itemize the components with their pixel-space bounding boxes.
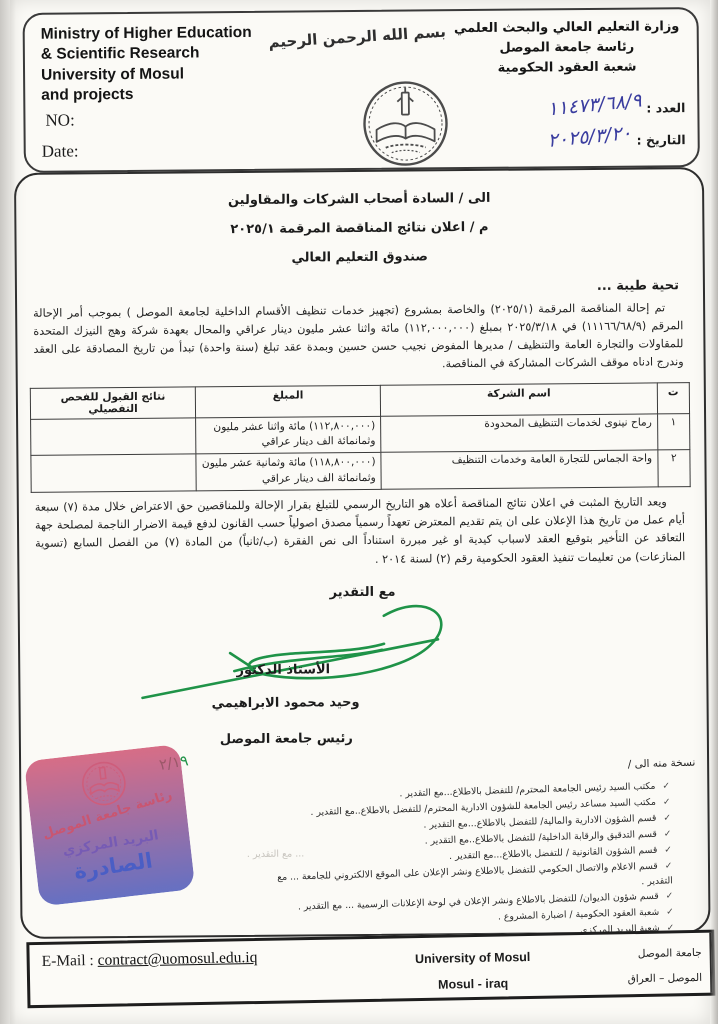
copy-item-text: شعبة العقود الحكومية / اضبارة المشروع .	[498, 907, 660, 923]
check-icon: ✓	[666, 906, 674, 920]
footer-email-block: E-Mail : contract@uomosul.edu.iq	[29, 940, 338, 1006]
outgoing-mail-stamp: رئاسة جامعة الموصل البريد المركزي الصادر…	[24, 744, 196, 907]
letter-content: Ministry of Higher Education & Scientifi…	[0, 0, 718, 1024]
number-label-ar: العدد :	[646, 100, 685, 115]
addressee-line: الى / السادة أصحاب الشركات والمقاولين	[16, 189, 702, 210]
row-result	[31, 454, 196, 492]
document-date-handwritten: ٢٠٢٥/٣/٢٠	[547, 122, 633, 152]
date-label-en: Date:	[42, 141, 79, 161]
row-result	[31, 417, 196, 455]
email-label: E-Mail :	[42, 952, 98, 970]
body-paragraph-2: ويعد التاريخ المثبت في اعلان نتائج المنا…	[35, 493, 686, 571]
footer-org-arabic: جامعة الموصل الموصل – العراق	[607, 933, 712, 995]
university-logo	[361, 79, 450, 172]
check-icon: ✓	[663, 796, 671, 810]
ministry-arabic-block: وزارة التعليم العالي والبحث العلمي رئاسة…	[447, 17, 688, 80]
ministry-line-en: Ministry of Higher Education	[41, 23, 252, 45]
ministry-line-ar: رئاسة جامعة الموصل	[447, 37, 687, 59]
document-number-handwritten: ١١٤٧٣/٦٨/٩	[546, 89, 642, 120]
signer-name: وحيد محمود الابراهيمي	[195, 695, 375, 712]
copies-list: ✓مكتب السيد رئيس الجامعة المحترم/ للتفضل…	[266, 779, 674, 948]
body-frame: الى / السادة أصحاب الشركات والمقاولين م …	[14, 167, 711, 939]
ministry-line-en: University of Mosul	[41, 64, 252, 86]
bismillah-calligraphy: بسم الله الرحمن الرحيم	[264, 22, 450, 51]
check-icon: ✓	[664, 844, 672, 858]
row-company: واحة الجماس للتجارة العامة وخدمات التنظي…	[381, 450, 658, 489]
col-header-company: اسم الشركة	[380, 382, 657, 415]
greeting-line: تحية طيبة ...	[17, 278, 679, 299]
check-icon: ✓	[665, 860, 673, 874]
ministry-line-en: and projects	[41, 84, 252, 106]
check-icon: ✓	[664, 828, 672, 842]
check-icon: ✓	[662, 780, 670, 794]
signer-role: رئيس جامعة الموصل	[209, 731, 364, 747]
signer-title: الأستاذ الدكتور	[208, 662, 358, 678]
footer-org-english: University of Mosul Mosul - iraq	[337, 935, 608, 1000]
document-date-row: التاريخ : ٢٠٢٥/٣/٢٠	[548, 127, 686, 150]
col-header-amount: المبلغ	[195, 385, 380, 418]
check-icon: ✓	[663, 812, 671, 826]
fund-line: صندوق التعليم العالي	[17, 247, 703, 268]
bidders-table: ت اسم الشركة المبلغ نتائج القبول للفحص ا…	[30, 382, 691, 493]
row-company: رماح نينوى لخدمات التنظيف المحدودة	[381, 413, 658, 452]
ministry-english-block: Ministry of Higher Education & Scientifi…	[41, 23, 253, 107]
header-frame: Ministry of Higher Education & Scientifi…	[23, 7, 700, 173]
date-label-ar: التاريخ :	[637, 132, 686, 147]
org-en-line2: Mosul - iraq	[338, 969, 608, 1000]
ministry-line-en: & Scientific Research	[41, 43, 252, 65]
email-address: contract@uomosul.edu.iq	[97, 949, 257, 969]
scanned-letter-page: Ministry of Higher Education & Scientifi…	[0, 0, 718, 1024]
subject-line: م / اعلان نتائج المناقصة المرقمة ٢٠٢٥/١	[16, 218, 702, 239]
footer-bar: E-Mail : contract@uomosul.edu.iq Univers…	[26, 930, 715, 1009]
signature-scribble-icon	[138, 599, 459, 702]
document-number-row: العدد : ١١٤٧٣/٦٨/٩	[547, 95, 685, 118]
check-icon: ✓	[666, 890, 674, 904]
org-ar-line2: الموصل – العراق	[610, 966, 702, 993]
row-amount: (١١٨,٨٠٠,٠٠٠) مائة وثمانية عشر مليون وثم…	[196, 453, 381, 491]
table-row: ٢ واحة الجماس للتجارة العامة وخدمات التن…	[31, 450, 690, 493]
col-header-seq: ت	[657, 382, 690, 413]
row-seq: ٢	[658, 450, 691, 487]
row-seq: ١	[657, 413, 690, 450]
body-paragraph-1: تم إحالة المناقصة المرقمة (٢٠٢٥/١) والخا…	[33, 299, 684, 377]
university-logo-icon	[361, 79, 450, 168]
org-ar-line1: جامعة الموصل	[609, 941, 701, 968]
col-header-result: نتائج القبول للفحص التفصيلي	[30, 386, 195, 418]
ministry-line-ar: شعبة العقود الحكومية	[447, 57, 687, 79]
no-label: NO:	[45, 110, 74, 130]
table-row: ١ رماح نينوى لخدمات التنظيف المحدودة (١١…	[31, 413, 690, 456]
row-amount: (١١٢,٨٠٠,٠٠٠) مائة واثنا عشر مليون وثمان…	[196, 416, 381, 454]
copies-section: نسخة منه الى / ✓مكتب السيد رئيس الجامعة …	[265, 757, 700, 950]
ministry-line-ar: وزارة التعليم العالي والبحث العلمي	[447, 17, 687, 39]
